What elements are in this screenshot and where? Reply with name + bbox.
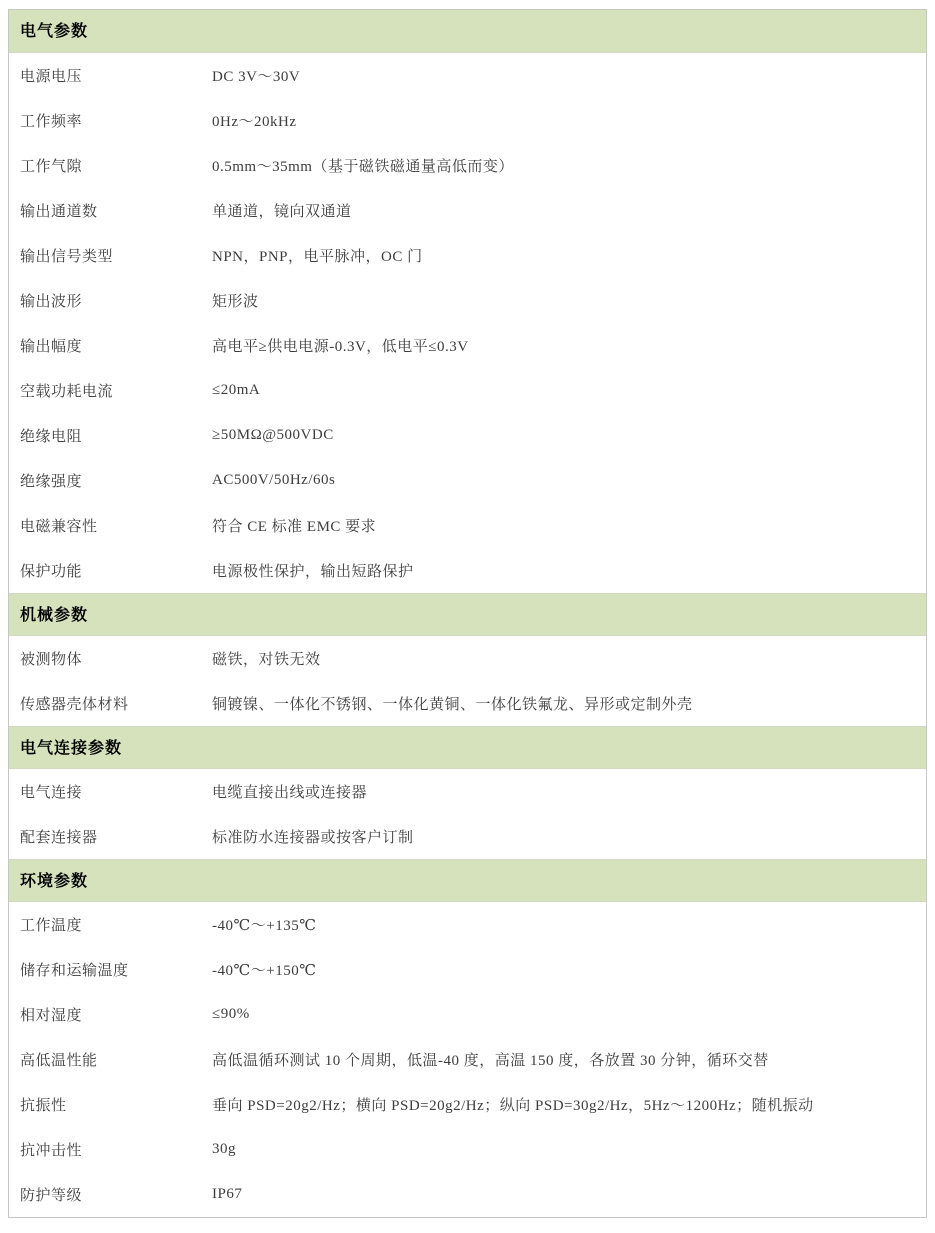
spec-row: 抗冲击性 30g — [9, 1127, 926, 1172]
spec-section: 环境参数 工作温度 -40℃～+135℃ 储存和运输温度 -40℃～+150℃ … — [9, 859, 926, 1217]
spec-row: 工作气隙 0.5mm～35mm（基于磁铁磁通量高低而变） — [9, 143, 926, 188]
row-label: 工作气隙 — [20, 155, 212, 176]
spec-row: 被测物体 磁铁，对铁无效 — [9, 636, 926, 681]
spec-row: 抗振性 垂向 PSD=20g2/Hz；横向 PSD=20g2/Hz；纵向 PSD… — [9, 1082, 926, 1127]
section-header: 环境参数 — [9, 859, 926, 902]
row-value: ≥50MΩ@500VDC — [212, 427, 915, 444]
row-value: 0.5mm～35mm（基于磁铁磁通量高低而变） — [212, 155, 915, 176]
spec-section: 机械参数 被测物体 磁铁，对铁无效 传感器壳体材料 铜镀镍、一体化不锈钢、一体化… — [9, 593, 926, 726]
row-label: 电源电压 — [20, 65, 212, 86]
row-value: 高电平≥供电电源-0.3V，低电平≤0.3V — [212, 335, 915, 356]
row-value: 磁铁，对铁无效 — [212, 648, 915, 669]
row-value: ≤20mA — [212, 382, 915, 399]
row-value: 标准防水连接器或按客户订制 — [212, 826, 915, 847]
spec-row: 相对湿度 ≤90% — [9, 992, 926, 1037]
section-rows: 电气连接 电缆直接出线或连接器 配套连接器 标准防水连接器或按客户订制 — [9, 769, 926, 859]
row-label: 相对湿度 — [20, 1004, 212, 1025]
row-value: 30g — [212, 1141, 915, 1158]
section-rows: 工作温度 -40℃～+135℃ 储存和运输温度 -40℃～+150℃ 相对湿度 … — [9, 902, 926, 1217]
row-label: 被测物体 — [20, 648, 212, 669]
section-title: 环境参数 — [20, 873, 88, 890]
row-label: 空载功耗电流 — [20, 380, 212, 401]
row-value: NPN，PNP，电平脉冲，OC 门 — [212, 245, 915, 266]
spec-row: 工作温度 -40℃～+135℃ — [9, 902, 926, 947]
row-label: 输出信号类型 — [20, 245, 212, 266]
row-label: 工作频率 — [20, 110, 212, 131]
spec-row: 电源电压 DC 3V～30V — [9, 53, 926, 98]
row-label: 配套连接器 — [20, 826, 212, 847]
row-value: 铜镀镍、一体化不锈钢、一体化黄铜、一体化铁氟龙、异形或定制外壳 — [212, 693, 915, 714]
row-label: 电磁兼容性 — [20, 515, 212, 536]
row-value: 垂向 PSD=20g2/Hz；横向 PSD=20g2/Hz；纵向 PSD=30g… — [212, 1094, 915, 1115]
row-label: 输出通道数 — [20, 200, 212, 221]
section-header: 电气参数 — [9, 10, 926, 53]
section-title: 电气连接参数 — [20, 740, 122, 757]
spec-row: 绝缘强度 AC500V/50Hz/60s — [9, 458, 926, 503]
spec-row: 工作频率 0Hz～20kHz — [9, 98, 926, 143]
section-header: 机械参数 — [9, 593, 926, 636]
row-value: DC 3V～30V — [212, 65, 915, 86]
spec-row: 高低温性能 高低温循环测试 10 个周期，低温-40 度，高温 150 度，各放… — [9, 1037, 926, 1082]
row-label: 储存和运输温度 — [20, 959, 212, 980]
row-value: -40℃～+150℃ — [212, 959, 915, 980]
row-label: 电气连接 — [20, 781, 212, 802]
spec-row: 电气连接 电缆直接出线或连接器 — [9, 769, 926, 814]
spec-row: 绝缘电阻 ≥50MΩ@500VDC — [9, 413, 926, 458]
spec-row: 保护功能 电源极性保护，输出短路保护 — [9, 548, 926, 593]
spec-row: 电磁兼容性 符合 CE 标准 EMC 要求 — [9, 503, 926, 548]
spec-row: 传感器壳体材料 铜镀镍、一体化不锈钢、一体化黄铜、一体化铁氟龙、异形或定制外壳 — [9, 681, 926, 726]
spec-table: 电气参数 电源电压 DC 3V～30V 工作频率 0Hz～20kHz 工作气隙 … — [8, 9, 927, 1218]
row-label: 传感器壳体材料 — [20, 693, 212, 714]
section-title: 机械参数 — [20, 607, 88, 624]
row-label: 防护等级 — [20, 1184, 212, 1205]
spec-section: 电气连接参数 电气连接 电缆直接出线或连接器 配套连接器 标准防水连接器或按客户… — [9, 726, 926, 859]
row-value: AC500V/50Hz/60s — [212, 472, 915, 489]
spec-row: 配套连接器 标准防水连接器或按客户订制 — [9, 814, 926, 859]
row-label: 输出波形 — [20, 290, 212, 311]
row-value: 电源极性保护，输出短路保护 — [212, 560, 915, 581]
spec-document: 电气参数 电源电压 DC 3V～30V 工作频率 0Hz～20kHz 工作气隙 … — [0, 0, 935, 1233]
row-label: 输出幅度 — [20, 335, 212, 356]
spec-row: 输出通道数 单通道，镜向双通道 — [9, 188, 926, 233]
section-title: 电气参数 — [20, 23, 88, 40]
spec-row: 空载功耗电流 ≤20mA — [9, 368, 926, 413]
row-value: 电缆直接出线或连接器 — [212, 781, 915, 802]
row-value: 高低温循环测试 10 个周期，低温-40 度，高温 150 度，各放置 30 分… — [212, 1049, 915, 1070]
spec-row: 输出幅度 高电平≥供电电源-0.3V，低电平≤0.3V — [9, 323, 926, 368]
row-value: IP67 — [212, 1186, 915, 1203]
row-label: 抗冲击性 — [20, 1139, 212, 1160]
row-label: 绝缘强度 — [20, 470, 212, 491]
spec-row: 输出信号类型 NPN，PNP，电平脉冲，OC 门 — [9, 233, 926, 278]
row-label: 抗振性 — [20, 1094, 212, 1115]
section-header: 电气连接参数 — [9, 726, 926, 769]
row-value: -40℃～+135℃ — [212, 914, 915, 935]
spec-row: 储存和运输温度 -40℃～+150℃ — [9, 947, 926, 992]
spec-row: 防护等级 IP67 — [9, 1172, 926, 1217]
row-value: ≤90% — [212, 1006, 915, 1023]
row-value: 单通道，镜向双通道 — [212, 200, 915, 221]
row-value: 矩形波 — [212, 290, 915, 311]
row-label: 保护功能 — [20, 560, 212, 581]
section-rows: 电源电压 DC 3V～30V 工作频率 0Hz～20kHz 工作气隙 0.5mm… — [9, 53, 926, 593]
section-rows: 被测物体 磁铁，对铁无效 传感器壳体材料 铜镀镍、一体化不锈钢、一体化黄铜、一体… — [9, 636, 926, 726]
row-label: 高低温性能 — [20, 1049, 212, 1070]
row-value: 0Hz～20kHz — [212, 110, 915, 131]
spec-row: 输出波形 矩形波 — [9, 278, 926, 323]
row-label: 绝缘电阻 — [20, 425, 212, 446]
spec-section: 电气参数 电源电压 DC 3V～30V 工作频率 0Hz～20kHz 工作气隙 … — [9, 10, 926, 593]
row-value: 符合 CE 标准 EMC 要求 — [212, 515, 915, 536]
row-label: 工作温度 — [20, 914, 212, 935]
